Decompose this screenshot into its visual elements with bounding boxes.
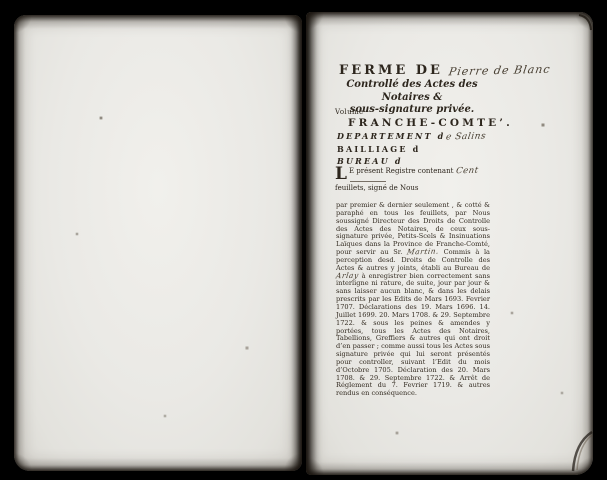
title-handwritten-name: Pierre de Blanc	[448, 63, 552, 79]
archival-scan: { "colors": { "background": "#000000", "…	[0, 0, 607, 480]
volume-label: Volume	[335, 108, 364, 116]
paragraph-handwritten-sr: Martin.	[407, 249, 440, 256]
registre-count-handwritten: Cent	[456, 167, 480, 176]
paragraph-part3: à enregistrer bien correctement sans int…	[336, 272, 490, 398]
fill-in-rule	[350, 177, 386, 182]
paper-specks	[14, 15, 16, 17]
right-page-form: FERME DEPierre de Blanc Controllé des Ac…	[306, 12, 593, 475]
page-corner-curl-top	[577, 14, 593, 32]
registre-line1: E présent Registre contenant	[349, 167, 453, 175]
ferme-de-title: FERME DE	[339, 63, 443, 78]
title-row: FERME DEPierre de Blanc	[339, 63, 550, 78]
printed-regulations-paragraph: par premier & dernier seulement , & cott…	[336, 202, 490, 398]
paragraph-handwritten-bureau: Arlay	[336, 272, 360, 279]
bailliage-label: BAILLIAGE d	[337, 144, 420, 154]
page-corner-curl-bottom	[571, 431, 593, 473]
subtitle-line2: sous-signature privée.	[350, 104, 475, 115]
departement-handwritten: e Salins	[446, 131, 488, 142]
departement-field: DEPARTEMENT de Salins	[337, 131, 486, 142]
paper-specks	[306, 12, 308, 14]
registre-line2: feuillets, signé de Nous	[335, 184, 418, 192]
left-page-blank	[14, 15, 302, 471]
bailliage-field: BAILLIAGE d	[337, 144, 420, 154]
registre-statement: LE présent Registre contenantCent feuill…	[335, 167, 503, 193]
province-title: FRANCHE-COMTE’.	[348, 117, 513, 129]
subtitle-line1: Controllé des Actes des Notaires &	[346, 79, 477, 103]
dropcap-L: L	[335, 167, 347, 182]
departement-label: DEPARTEMENT d	[337, 131, 445, 141]
